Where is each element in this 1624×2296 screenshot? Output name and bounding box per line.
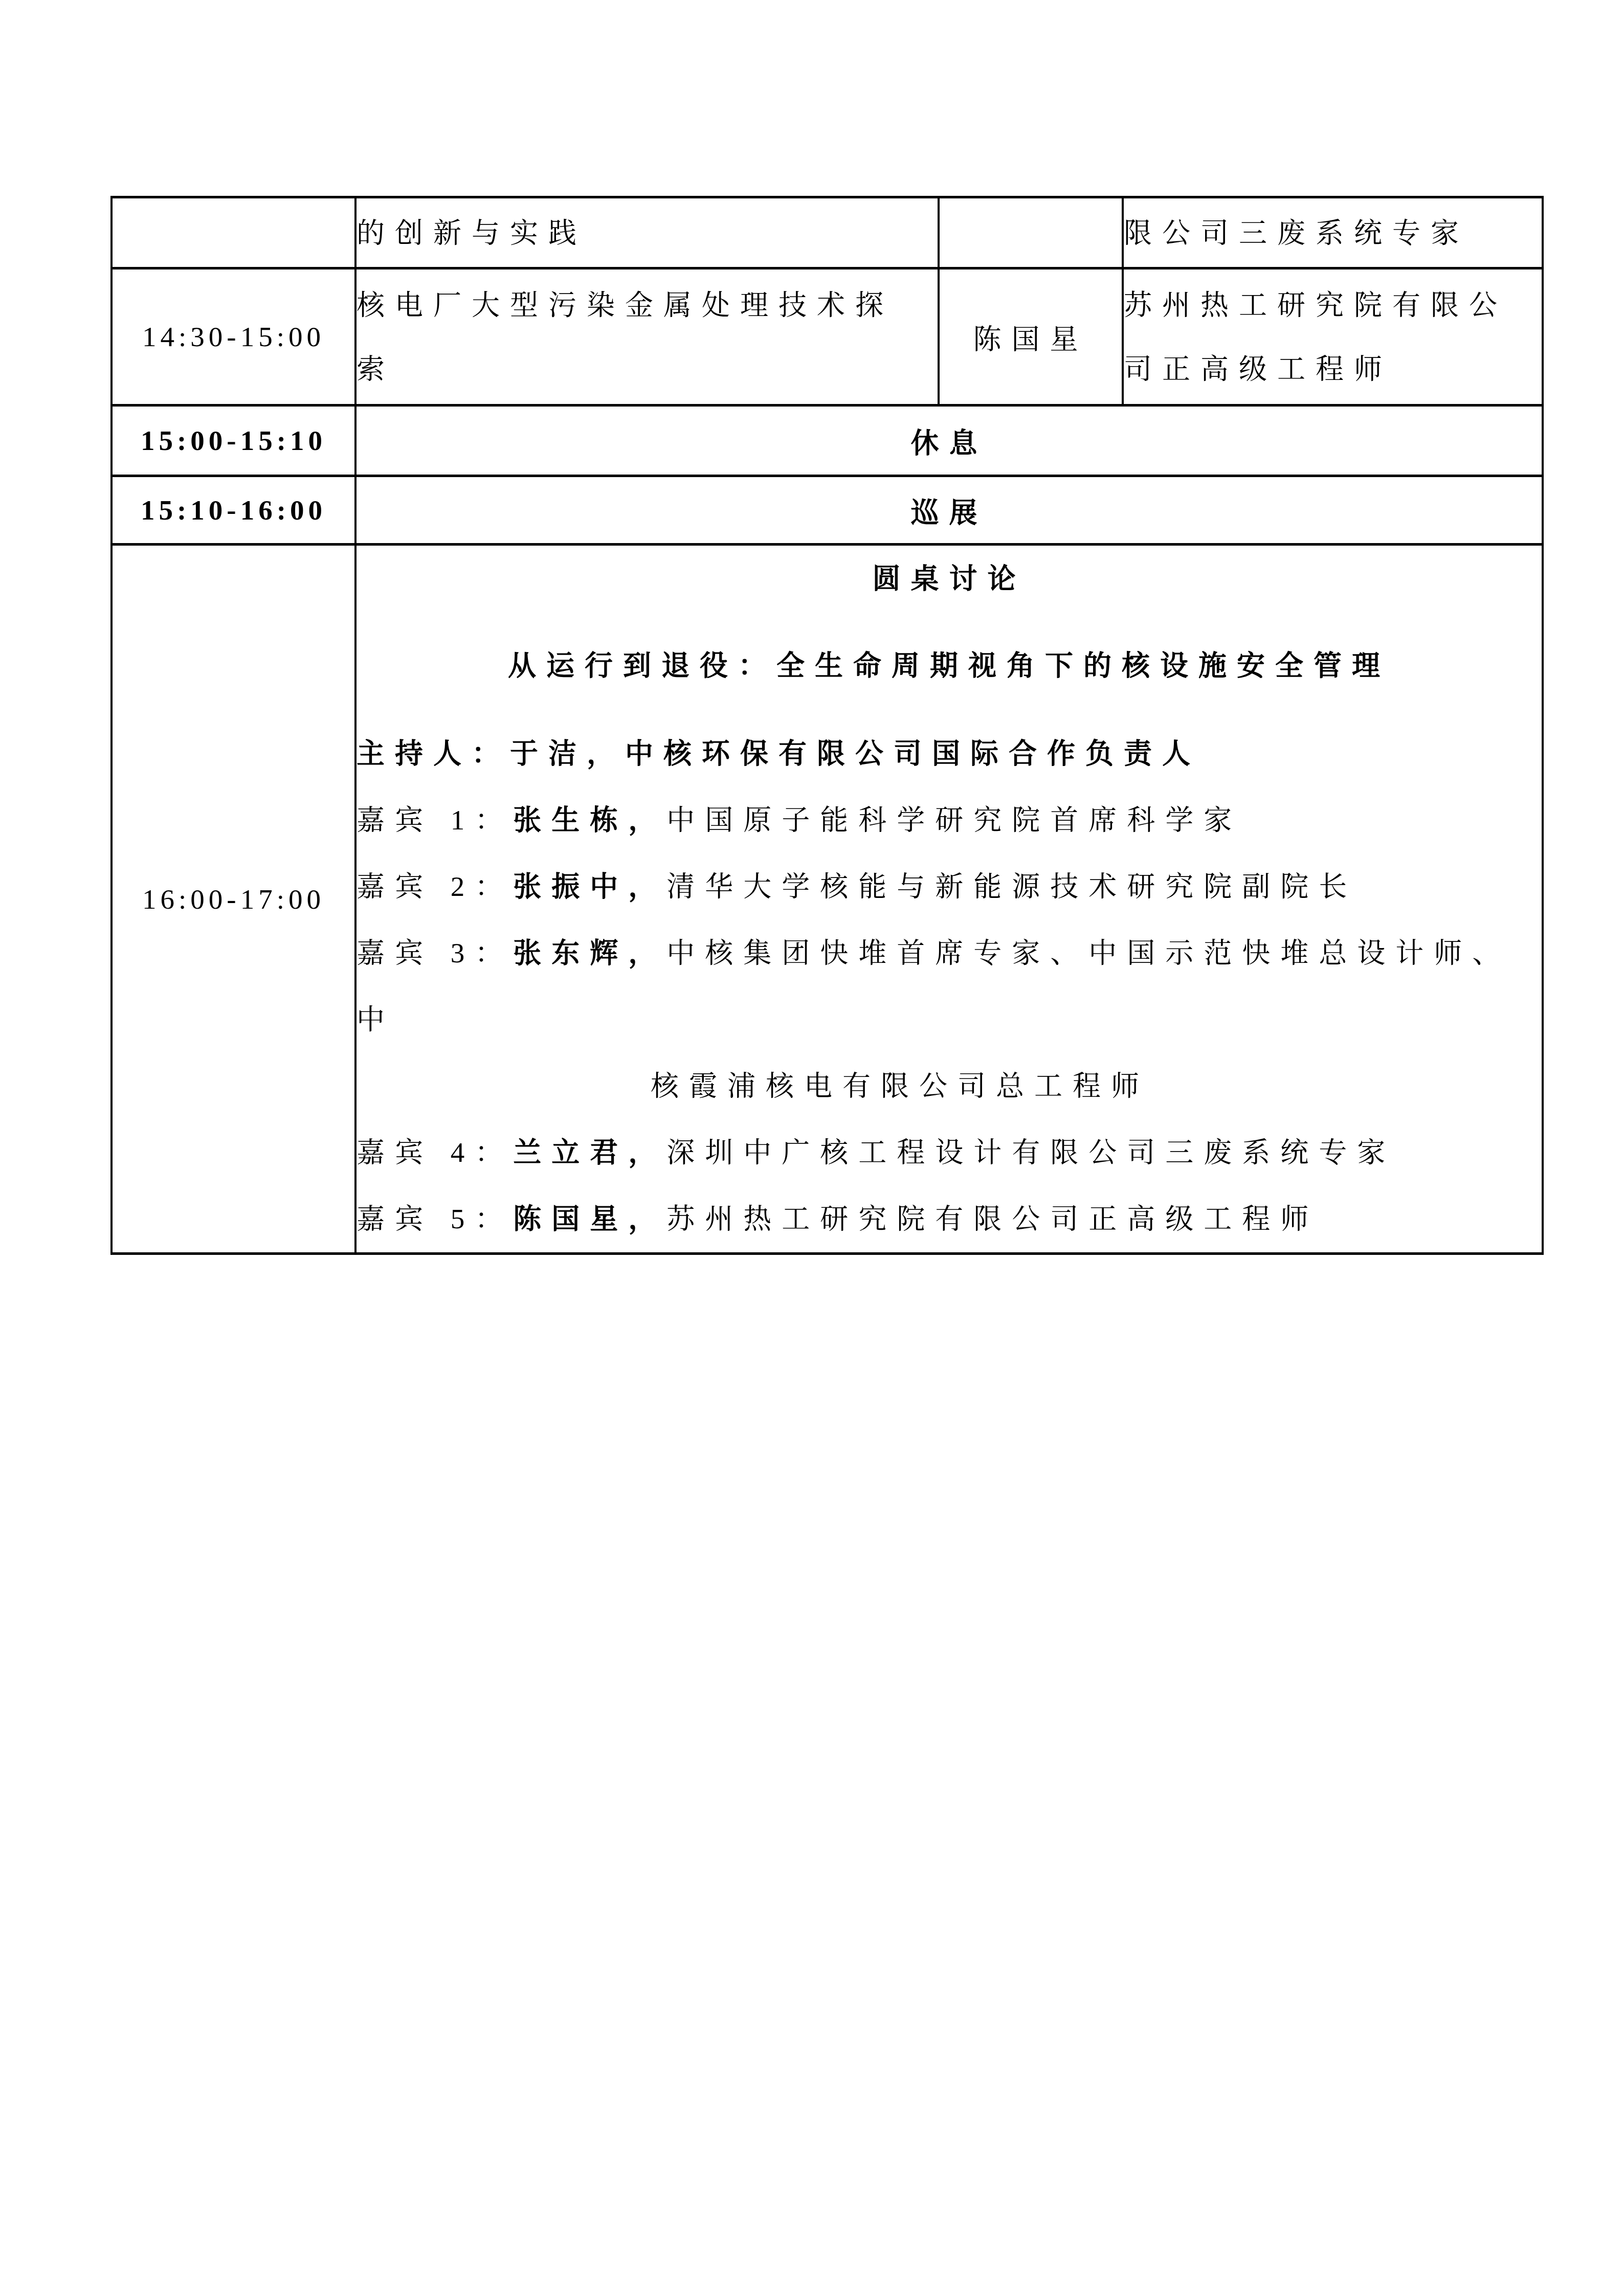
time-cell-empty — [112, 197, 355, 268]
guest-name: 陈国星， — [513, 1203, 666, 1234]
affiliation-line-2: 司正高级工程师 — [1124, 337, 1542, 401]
agenda-table: 的创新与实践 限公司三废系统专家 14:30-15:00 核电厂大型污染金属处理… — [110, 196, 1544, 1255]
affiliation-cell-continuation: 限公司三废系统专家 — [1123, 197, 1543, 268]
guest-desc: 中国原子能科学研究院首席科学家 — [666, 804, 1242, 836]
guest-label: 嘉宾 1： — [357, 804, 513, 836]
guest-line-2: 嘉宾 2：张振中，清华大学核能与新能源技术研究院副院长 — [357, 853, 1542, 920]
affiliation-cell-1430: 苏州热工研究院有限公 司正高级工程师 — [1123, 268, 1543, 406]
guest-desc: 清华大学核能与新能源技术研究院副院长 — [666, 871, 1357, 902]
roundtable-subtitle: 从运行到退役：全生命周期视角下的核设施安全管理 — [357, 633, 1542, 699]
guest-label: 嘉宾 4： — [357, 1137, 513, 1168]
time-cell-expo: 15:10-16:00 — [112, 476, 355, 545]
guest-name: 张振中， — [513, 871, 666, 902]
roundtable-host: 主持人：于洁，中核环保有限公司国际合作负责人 — [357, 721, 1542, 787]
roundtable-title: 圆桌讨论 — [357, 546, 1542, 612]
guest-name: 张东辉， — [513, 937, 666, 969]
roundtable-cell: 圆桌讨论 从运行到退役：全生命周期视角下的核设施安全管理 主持人：于洁，中核环保… — [355, 545, 1543, 1254]
table-row-1430: 14:30-15:00 核电厂大型污染金属处理技术探 索 陈国星 苏州热工研究院… — [112, 268, 1543, 406]
guest-line-5: 嘉宾 5：陈国星，苏州热工研究院有限公司正高级工程师 — [357, 1186, 1542, 1252]
guest-label: 嘉宾 3： — [357, 937, 513, 969]
topic-line-1: 核电厂大型污染金属处理技术探 — [357, 273, 938, 337]
break-label-cell: 休息 — [355, 406, 1543, 476]
guest-desc: 深圳中广核工程设计有限公司三废系统专家 — [666, 1137, 1395, 1168]
time-cell-1430: 14:30-15:00 — [112, 268, 355, 406]
speaker-cell-1430: 陈国星 — [939, 268, 1123, 406]
guest-desc: 苏州热工研究院有限公司正高级工程师 — [666, 1203, 1319, 1234]
time-cell-roundtable: 16:00-17:00 — [112, 545, 355, 1254]
guest-label: 嘉宾 5： — [357, 1203, 513, 1234]
table-row-expo: 15:10-16:00 巡展 — [112, 476, 1543, 545]
guest-name: 兰立君， — [513, 1137, 666, 1168]
table-row-break: 15:00-15:10 休息 — [112, 406, 1543, 476]
topic-cell-continuation: 的创新与实践 — [355, 197, 939, 268]
guest-label: 嘉宾 2： — [357, 871, 513, 902]
guest-desc-continuation: 核霞浦核电有限公司总工程师 — [357, 1070, 1149, 1101]
guest-name: 张生栋， — [513, 804, 666, 836]
topic-line-2: 索 — [357, 337, 938, 401]
guest-line-4: 嘉宾 4：兰立君，深圳中广核工程设计有限公司三废系统专家 — [357, 1119, 1542, 1186]
speaker-cell-empty — [939, 197, 1123, 268]
affiliation-line-1: 苏州热工研究院有限公 — [1124, 273, 1542, 337]
document-page: 的创新与实践 限公司三废系统专家 14:30-15:00 核电厂大型污染金属处理… — [0, 0, 1624, 2296]
table-row-continuation: 的创新与实践 限公司三废系统专家 — [112, 197, 1543, 268]
expo-label-cell: 巡展 — [355, 476, 1543, 545]
time-cell-break: 15:00-15:10 — [112, 406, 355, 476]
table-row-roundtable: 16:00-17:00 圆桌讨论 从运行到退役：全生命周期视角下的核设施安全管理… — [112, 545, 1543, 1254]
topic-cell-1430: 核电厂大型污染金属处理技术探 索 — [355, 268, 939, 406]
affiliation-line: 限公司三废系统专家 — [1124, 201, 1542, 265]
guest-line-3: 嘉宾 3：张东辉，中核集团快堆首席专家、中国示范快堆总设计师、中 核霞浦核电有限… — [357, 920, 1542, 1119]
topic-line: 的创新与实践 — [357, 201, 938, 265]
guest-line-1: 嘉宾 1：张生栋，中国原子能科学研究院首席科学家 — [357, 787, 1542, 853]
